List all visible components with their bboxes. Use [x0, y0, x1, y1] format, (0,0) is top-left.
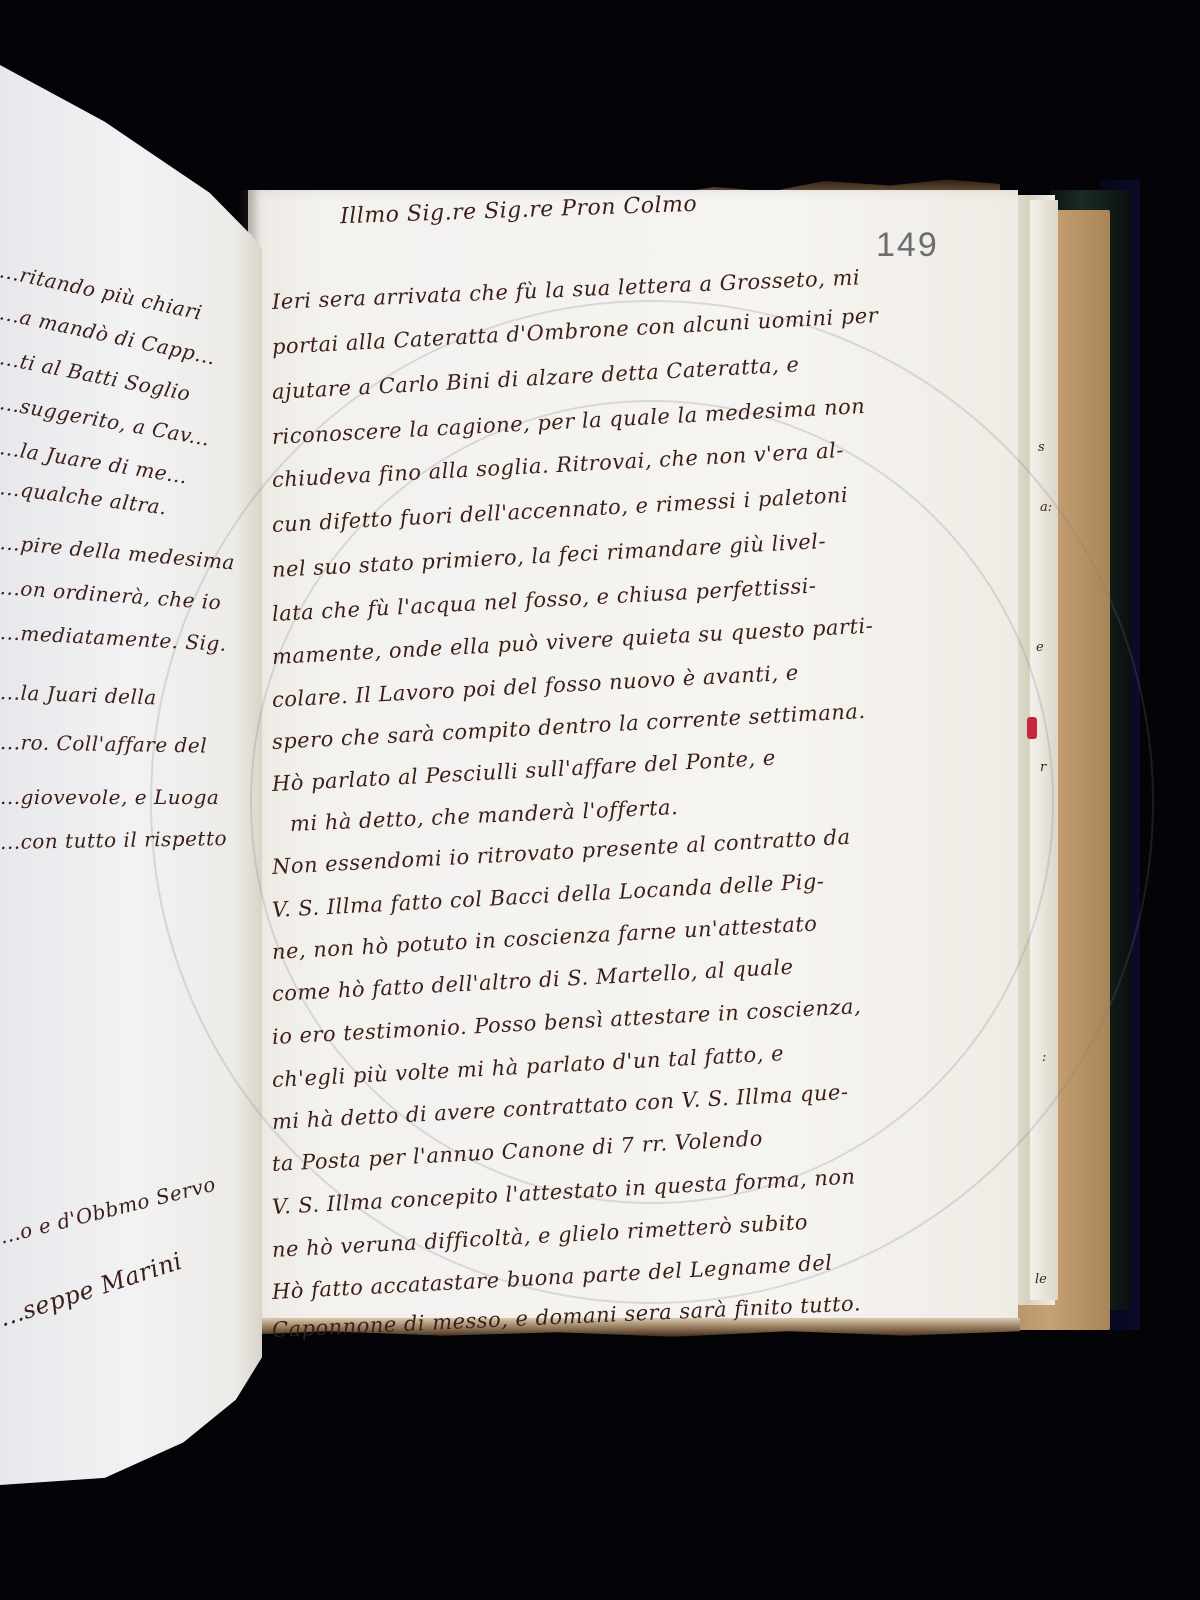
manuscript-photo: s a: e r : le Illmo Sig.re Sig.re Pron C…: [0, 0, 1200, 1600]
bleed-through-text: [10, 900, 17, 924]
edge-letter: e: [1036, 640, 1044, 655]
edge-letter: a:: [1040, 500, 1052, 515]
red-wax-seal-fragment: [1027, 717, 1037, 739]
edge-letter: s: [1038, 440, 1045, 455]
left-text-line: ...giovevole, e Luoga: [0, 785, 219, 809]
left-text-line: ...ro. Coll'affare del: [0, 730, 207, 758]
left-text-line: ...con tutto il rispetto: [0, 826, 227, 854]
folio-number: 149: [876, 226, 939, 265]
edge-letter: :: [1042, 1050, 1046, 1065]
edge-letter: le: [1035, 1272, 1047, 1287]
edge-letter: r: [1040, 760, 1046, 775]
page-stack-edge-inner: [1030, 200, 1058, 1300]
